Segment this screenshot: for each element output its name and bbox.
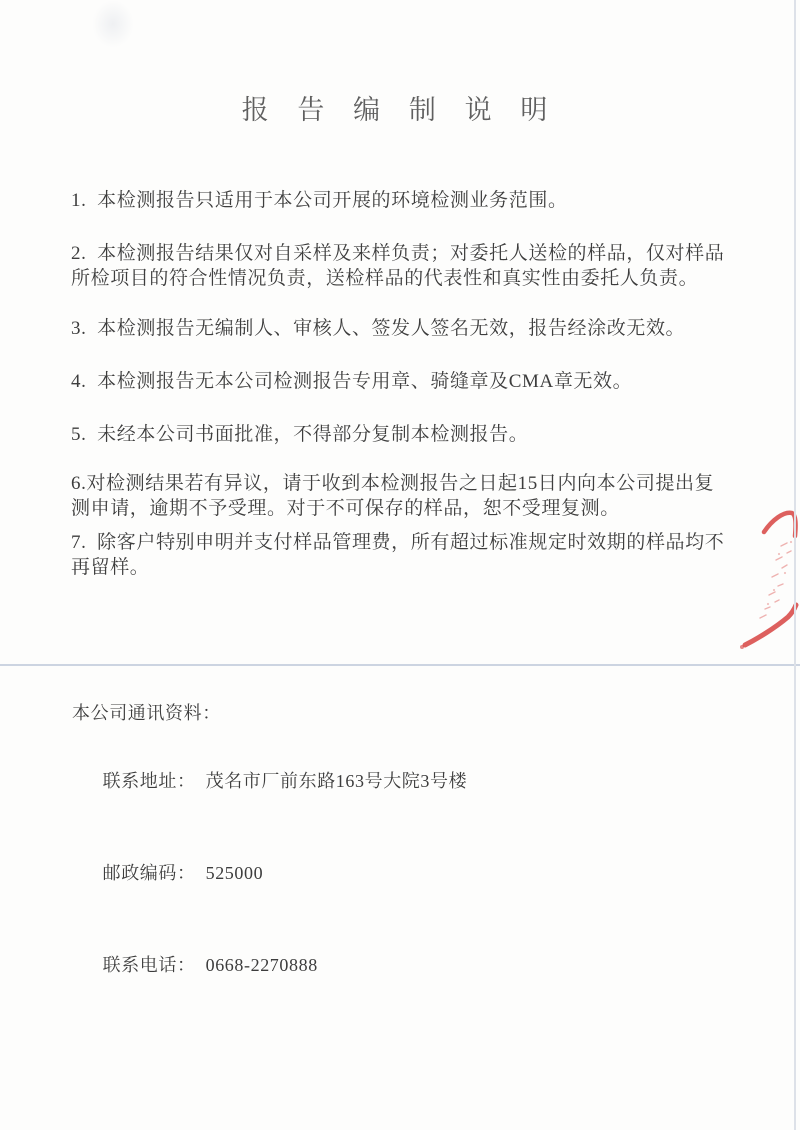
note-item-5: 5. 未经本公司书面批准，不得部分复制本检测报告。 [71,422,744,447]
contact-phone: 联系电话：0668-2270888 [72,929,744,1001]
contact-phone-label: 联系电话： [103,955,196,975]
note-line: 所检项目的符合性情况负责，送检样品的代表性和真实性由委托人负责。 [71,266,744,291]
note-line: 4. 本检测报告无本公司检测报告专用章、骑缝章及CMA章无效。 [71,369,744,394]
note-line: 5. 未经本公司书面批准，不得部分复制本检测报告。 [71,422,744,447]
contact-section: 本公司通讯资料： 联系地址：茂名市厂前东路163号大院3号楼 邮政编码：5250… [72,701,744,1021]
contact-address-label: 联系地址： [103,771,196,791]
note-line: 2. 本检测报告结果仅对自采样及来样负责；对委托人送检的样品，仅对样品 [71,241,744,266]
notes-section: 1. 本检测报告只适用于本公司开展的环境检测业务范围。 2. 本检测报告结果仅对… [0,0,800,660]
note-item-2: 2. 本检测报告结果仅对自采样及来样负责；对委托人送检的样品，仅对样品 所检项目… [71,241,744,291]
contact-address: 联系地址：茂名市厂前东路163号大院3号楼 [72,745,744,817]
contact-address-value: 茂名市厂前东路163号大院3号楼 [206,771,468,791]
note-item-4: 4. 本检测报告无本公司检测报告专用章、骑缝章及CMA章无效。 [71,369,744,394]
note-line: 3. 本检测报告无编制人、审核人、签发人签名无效，报告经涂改无效。 [71,316,744,341]
contact-postal-value: 525000 [206,863,264,883]
contact-heading: 本公司通讯资料： [72,701,744,725]
note-line: 7. 除客户特别申明并支付样品管理费，所有超过标准规定时效期的样品均不 [71,530,744,555]
scanned-document-page: 报 告 编 制 说 明 1. 本检测报告只适用于本公司开展的环境检测业务范围。 … [0,0,800,1130]
note-item-7: 7. 除客户特别申明并支付样品管理费，所有超过标准规定时效期的样品均不 再留样。 [71,530,744,580]
contact-postal-code: 邮政编码：525000 [72,837,744,909]
contact-phone-value: 0668-2270888 [206,955,318,975]
note-item-1: 1. 本检测报告只适用于本公司开展的环境检测业务范围。 [71,188,744,213]
note-line: 再留样。 [71,555,744,580]
note-line: 6.对检测结果若有异议，请于收到本检测报告之日起15日内向本公司提出复 [71,471,744,496]
contact-postal-label: 邮政编码： [103,863,196,883]
note-item-3: 3. 本检测报告无编制人、审核人、签发人签名无效，报告经涂改无效。 [71,316,744,341]
note-line: 测申请，逾期不予受理。对于不可保存的样品，恕不受理复测。 [71,496,744,521]
section-divider [0,664,800,666]
note-line: 1. 本检测报告只适用于本公司开展的环境检测业务范围。 [71,188,744,213]
note-item-6: 6.对检测结果若有异议，请于收到本检测报告之日起15日内向本公司提出复 测申请，… [71,471,744,521]
page-edge-line [794,0,796,1130]
